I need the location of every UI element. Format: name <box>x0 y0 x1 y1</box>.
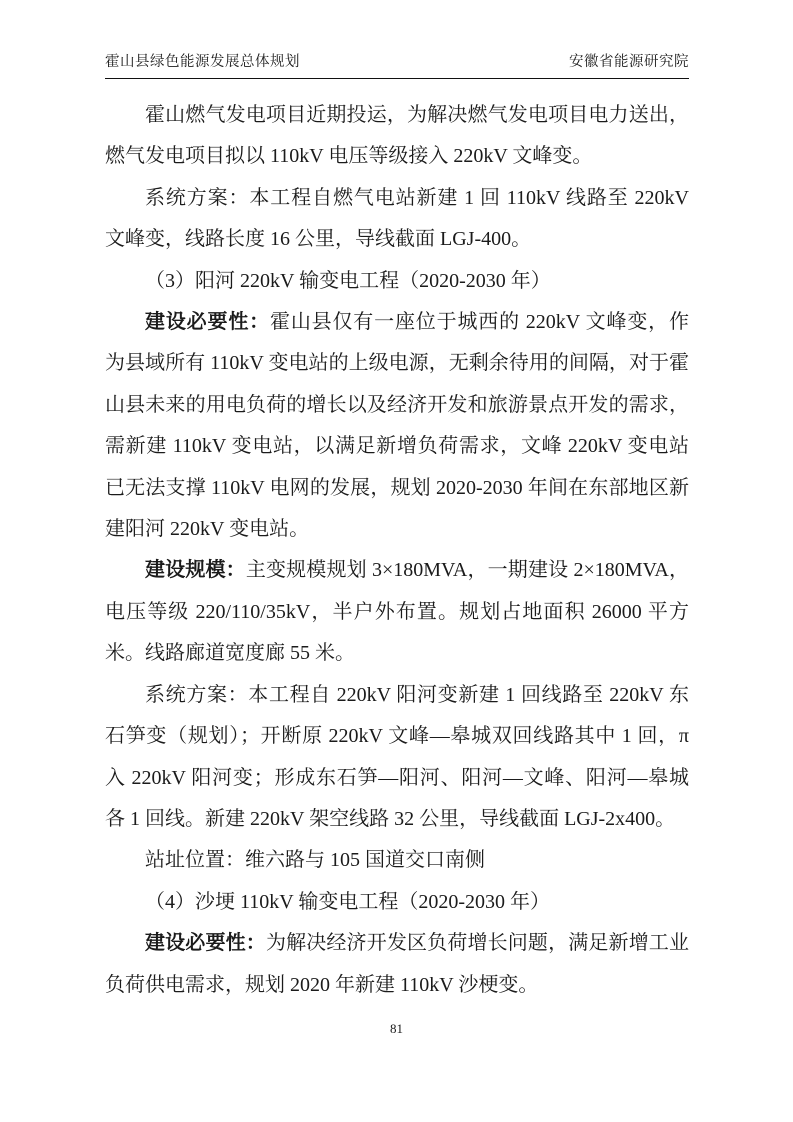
page-footer: 81 <box>0 1021 793 1037</box>
paragraph-lead: 建设规模： <box>145 559 246 581</box>
header-right-title: 安徽省能源研究院 <box>569 50 689 71</box>
paragraph-text: （3）阳河 220kV 输变电工程（2020-2030 年） <box>145 270 551 292</box>
paragraph-lead: 建设必要性： <box>145 932 266 954</box>
paragraph-text: （4）沙埂 110kV 输变电工程（2020-2030 年） <box>145 891 550 913</box>
paragraph-text: 霍山县仅有一座位于城西的 220kV 文峰变，作为县域所有 110kV 变电站的… <box>105 311 689 540</box>
header-left-title: 霍山县绿色能源发展总体规划 <box>105 50 300 71</box>
body-paragraph: 建设必要性：为解决经济开发区负荷增长问题，满足新增工业负荷供电需求，规划 202… <box>105 923 689 1006</box>
body-paragraph: 系统方案：本工程自燃气电站新建 1 回 110kV 线路至 220kV 文峰变，… <box>105 178 689 261</box>
page-number: 81 <box>390 1021 403 1036</box>
paragraph-text: 站址位置：维六路与 105 国道交口南侧 <box>145 849 485 871</box>
body-paragraph: 建设必要性：霍山县仅有一座位于城西的 220kV 文峰变，作为县域所有 110k… <box>105 302 689 550</box>
paragraph-text: 系统方案：本工程自燃气电站新建 1 回 110kV 线路至 220kV 文峰变，… <box>105 187 689 250</box>
paragraph-lead: 建设必要性： <box>145 311 270 333</box>
body-paragraph: 霍山燃气发电项目近期投运，为解决燃气发电项目电力送出，燃气发电项目拟以 110k… <box>105 95 689 178</box>
body-paragraph: （4）沙埂 110kV 输变电工程（2020-2030 年） <box>105 882 689 923</box>
paragraph-text: 系统方案：本工程自 220kV 阳河变新建 1 回线路至 220kV 东石笋变（… <box>105 684 689 830</box>
document-page: 霍山县绿色能源发展总体规划 安徽省能源研究院 霍山燃气发电项目近期投运，为解决燃… <box>0 0 793 1122</box>
body-paragraph: 系统方案：本工程自 220kV 阳河变新建 1 回线路至 220kV 东石笋变（… <box>105 675 689 841</box>
body-paragraph: 站址位置：维六路与 105 国道交口南侧 <box>105 840 689 881</box>
paragraph-text: 霍山燃气发电项目近期投运，为解决燃气发电项目电力送出，燃气发电项目拟以 110k… <box>105 104 689 167</box>
body-paragraph: 建设规模：主变规模规划 3×180MVA，一期建设 2×180MVA，电压等级 … <box>105 550 689 674</box>
body-paragraph: （3）阳河 220kV 输变电工程（2020-2030 年） <box>105 261 689 302</box>
page-header: 霍山县绿色能源发展总体规划 安徽省能源研究院 <box>105 50 689 79</box>
document-body: 霍山燃气发电项目近期投运，为解决燃气发电项目电力送出，燃气发电项目拟以 110k… <box>105 95 689 1006</box>
